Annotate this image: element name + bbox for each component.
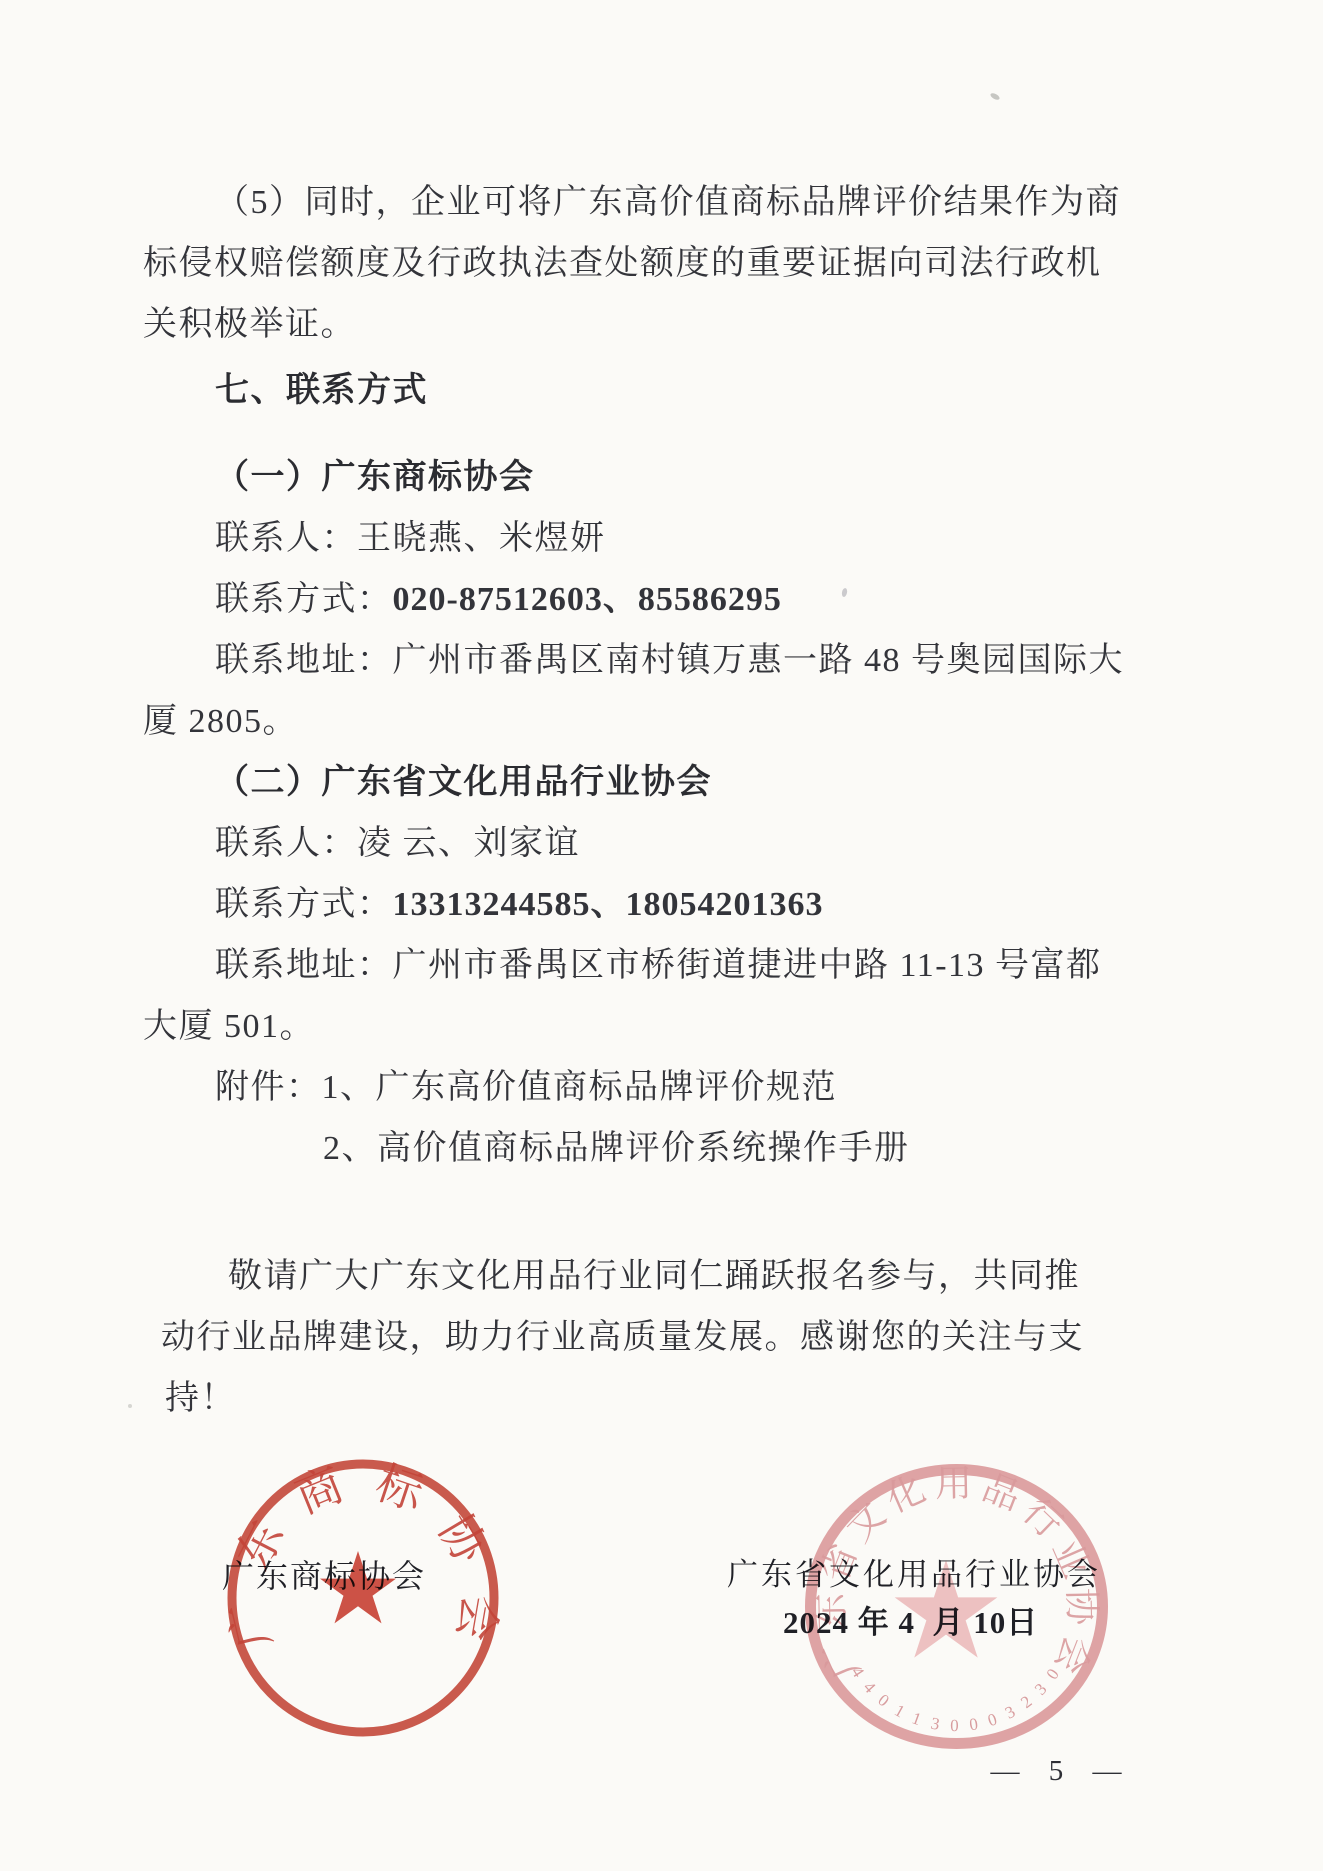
attachment-line-2: 2、高价值商标品牌评价系统操作手册 — [143, 1118, 1153, 1179]
subsection-heading-stationery-association: （二）广东省文化用品行业协会 — [143, 752, 1153, 813]
phone-numbers: 13313244585、18054201363 — [393, 886, 824, 923]
scan-speck — [128, 1404, 132, 1408]
scan-speck — [989, 92, 1000, 101]
seal-arc-text: 广东省文化用品行业协会 — [811, 1464, 1103, 1685]
contact-phone-line: 联系方式：020-87512603、85586295 — [143, 569, 1153, 630]
contact-address-line: 厦 2805。 — [143, 691, 1153, 752]
body-line: （5）同时，企业可将广东高价值商标品牌评价结果作为商 — [143, 172, 1153, 233]
subsection-heading-trademark-association: （一）广东商标协会 — [143, 447, 1153, 508]
contact-address-line: 联系地址：广州市番禺区市桥街道捷进中路 11-13 号富都 — [143, 935, 1153, 996]
contact-address-line: 联系地址：广州市番禺区南村镇万惠一路 48 号奥园国际大 — [143, 630, 1153, 691]
contact-address-line: 大厦 501。 — [143, 996, 1153, 1057]
contact-person-line: 联系人：凌 云、刘家谊 — [143, 813, 1153, 874]
seal-star-icon — [320, 1551, 396, 1623]
body-line: 关积极举证。 — [143, 294, 1153, 355]
contact-names: 王晓燕、米煜妍 — [357, 520, 606, 557]
contact-phone-line: 联系方式：13313244585、18054201363 — [143, 874, 1153, 935]
contact-person-line: 联系人：王晓燕、米煜妍 — [143, 508, 1153, 569]
phone-numbers: 020-87512603、85586295 — [393, 581, 782, 618]
body-line: 标侵权赔偿额度及行政执法查处额度的重要证据向司法行政机 — [143, 233, 1153, 294]
contact-names: 凌 云、刘家谊 — [357, 825, 580, 862]
document-page: （5）同时，企业可将广东高价值商标品牌评价结果作为商 标侵权赔偿额度及行政执法查… — [0, 0, 1323, 1871]
contact-label: 联系人： — [215, 825, 357, 862]
seal-star-icon — [895, 1560, 998, 1658]
document-body: （5）同时，企业可将广东高价值商标品牌评价结果作为商 标侵权赔偿额度及行政执法查… — [143, 172, 1153, 1429]
closing-line: 持！ — [143, 1368, 1153, 1429]
closing-line: 敬请广大广东文化用品行业同仁踊跃报名参与，共同推 — [143, 1246, 1153, 1307]
page-number: — 5 — — [975, 1755, 1145, 1788]
closing-line: 动行业品牌建设，助力行业高质量发展。感谢您的关注与支 — [143, 1307, 1153, 1368]
attachment-line-1: 附件：1、广东高价值商标品牌评价规范 — [143, 1057, 1153, 1118]
phone-label: 联系方式： — [215, 581, 393, 618]
section-heading-contacts: 七、联系方式 — [143, 360, 1153, 421]
red-seal-trademark-association: 广东商标协会 — [225, 1458, 501, 1739]
contact-label: 联系人： — [215, 520, 357, 557]
seal-arc-text: 广东商标协会 — [225, 1458, 501, 1653]
red-seal-stationery-association: 广东省文化用品行业协会 4401130003230 — [803, 1463, 1110, 1752]
phone-label: 联系方式： — [215, 886, 393, 923]
